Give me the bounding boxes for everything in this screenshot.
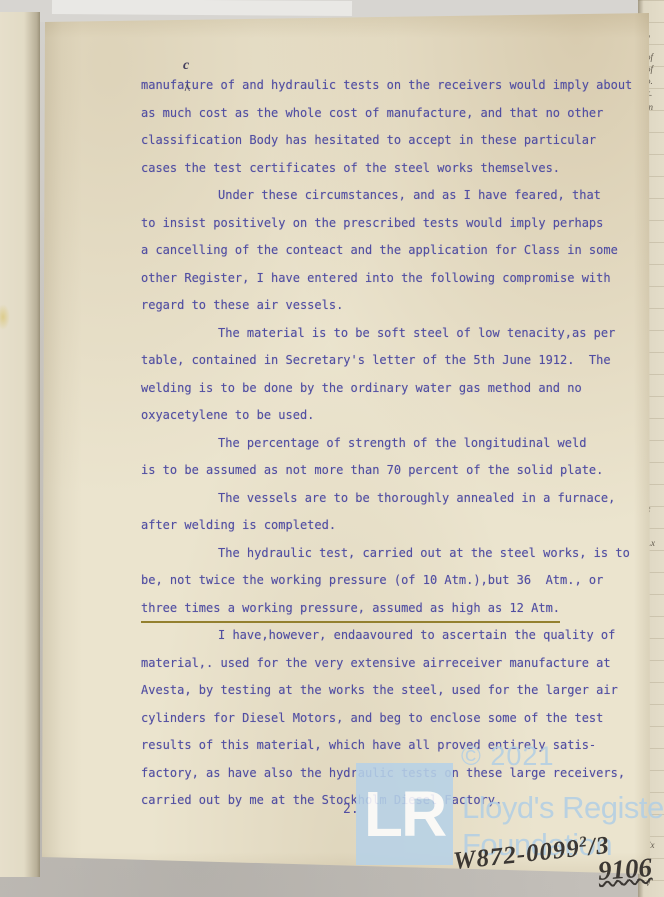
typewritten-line: a cancelling of the conteact and the app…: [141, 237, 647, 265]
page-number: 2.: [343, 802, 359, 817]
typewritten-line: The vessels are to be thoroughly anneale…: [141, 485, 647, 513]
typewritten-line: material,. used for the very extensive a…: [141, 650, 647, 678]
typewritten-line: factory, as have also the hydraulic test…: [141, 760, 647, 788]
typewritten-line: I have,however, endaavoured to ascertain…: [141, 622, 647, 650]
typewritten-line: as much cost as the whole cost of manufa…: [141, 100, 647, 128]
typewritten-line: is to be assumed as not more than 70 per…: [141, 457, 647, 485]
typewritten-text: manufature of and hydraulic tests on the…: [141, 72, 647, 815]
typewritten-line: cylinders for Diesel Motors, and beg to …: [141, 705, 647, 733]
typewritten-line: to insist positively on the prescribed t…: [141, 210, 647, 238]
typewritten-line: results of this material, which have all…: [141, 732, 647, 760]
typewritten-line: classification Body has hesitated to acc…: [141, 127, 647, 155]
main-page: manufature of and hydraulic tests on the…: [36, 12, 650, 876]
typewritten-line: cases the test certificates of the steel…: [141, 155, 647, 183]
typewritten-line: after welding is completed.: [141, 512, 647, 540]
scanned-document-photo: y of of o. k. in 3 Lx £x v manufature of…: [0, 0, 664, 897]
typewritten-line: table, contained in Secretary's letter o…: [141, 347, 647, 375]
typewritten-line: welding is to be done by the ordinary wa…: [141, 375, 647, 403]
insertion-caret: ^: [184, 82, 190, 99]
underlined-text: three times a working pressure, assumed …: [141, 596, 560, 623]
typewritten-line: other Register, I have entered into the …: [141, 265, 647, 293]
typewritten-line: The percentage of strength of the longit…: [141, 430, 647, 458]
typewritten-line-underlined: three times a working pressure, assumed …: [141, 595, 647, 623]
edge-number: 9106: [597, 852, 653, 887]
typewritten-line: oxyacetylene to be used.: [141, 402, 647, 430]
handwritten-insertion-letter: c: [183, 58, 189, 74]
typewritten-line: be, not twice the working pressure (of 1…: [141, 567, 647, 595]
under-page-left: [0, 12, 40, 877]
typewritten-line: The material is to be soft steel of low …: [141, 320, 647, 348]
typewritten-line: The hydraulic test, carried out at the s…: [141, 540, 647, 568]
typewritten-line: Under these circumstances, and as I have…: [141, 182, 647, 210]
typewritten-line: carried out by me at the Stockholm Diese…: [141, 787, 647, 815]
typewritten-line: manufature of and hydraulic tests on the…: [141, 72, 647, 100]
paper-stain: [0, 304, 10, 330]
typewritten-line: Avesta, by testing at the works the stee…: [141, 677, 647, 705]
backing-page-corner: [52, 0, 352, 16]
typewritten-line: regard to these air vessels.: [141, 292, 647, 320]
